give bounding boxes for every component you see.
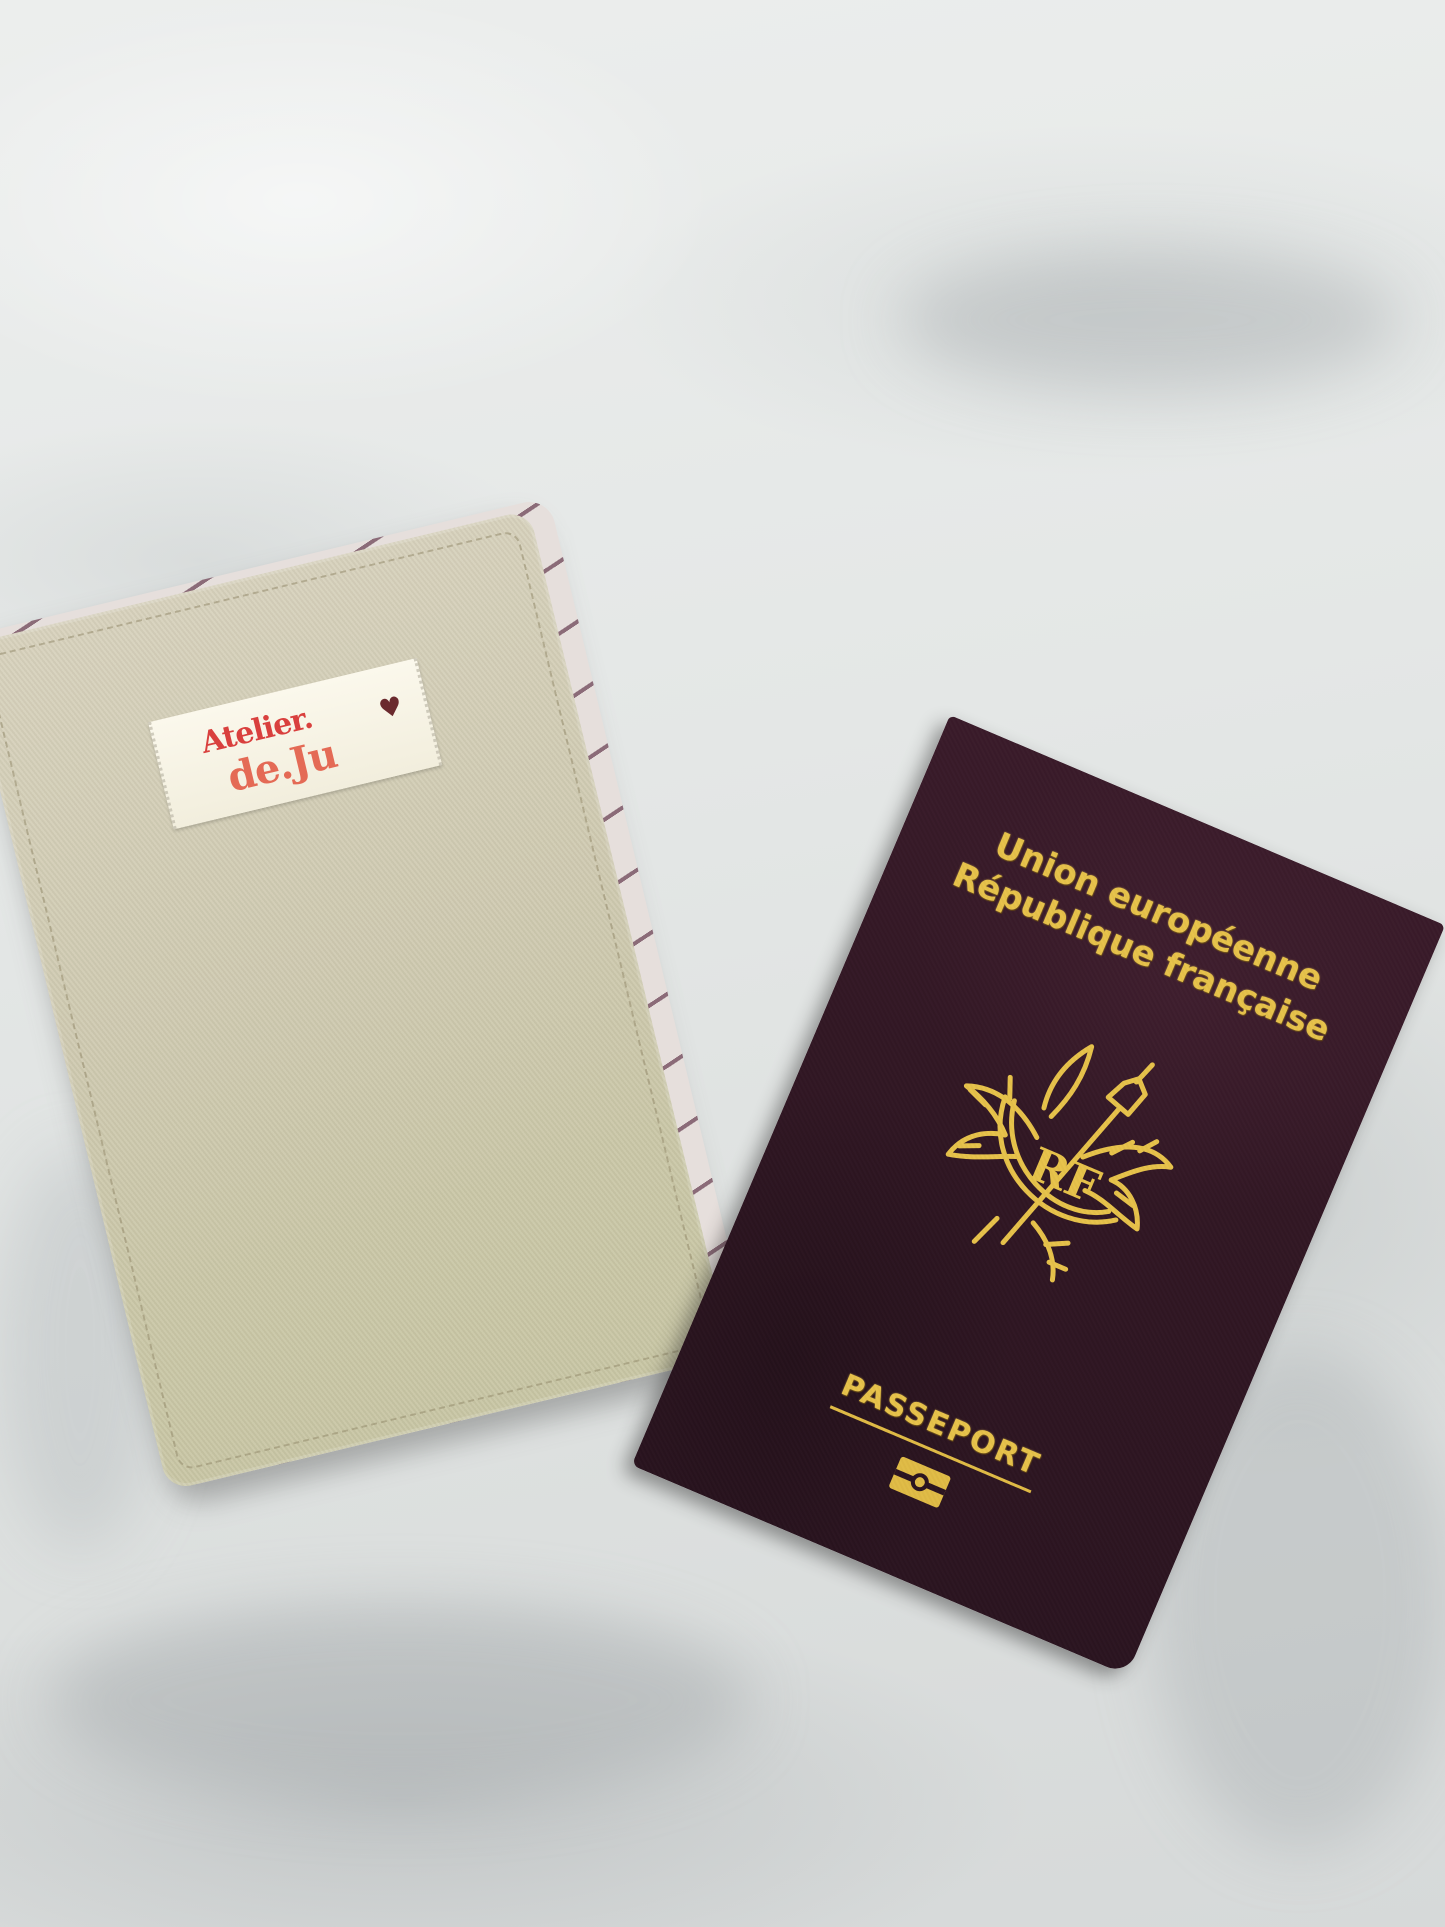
passport-republic-text: République française [886,829,1397,1076]
cover-front-panel: Atelier. de.Ju ♥ [0,510,732,1491]
sheet-fold-shadow [900,250,1400,390]
fabric-passport-cover: Atelier. de.Ju ♥ [0,510,732,1491]
passport-union-text: Union européenne [903,789,1414,1036]
cover-stitching [0,529,713,1472]
biometric-chip-icon [887,1455,953,1510]
passport-title-underline [830,1405,1032,1493]
rf-monogram: RF [1021,1137,1108,1215]
french-coat-of-arms-icon: RF [894,988,1222,1316]
french-passport: Union européenne République française RF… [632,715,1445,1675]
passport-title: PASSEPORT [686,1304,1195,1546]
heart-icon: ♥ [376,691,406,726]
sheet-fold-shadow [50,1600,750,1800]
